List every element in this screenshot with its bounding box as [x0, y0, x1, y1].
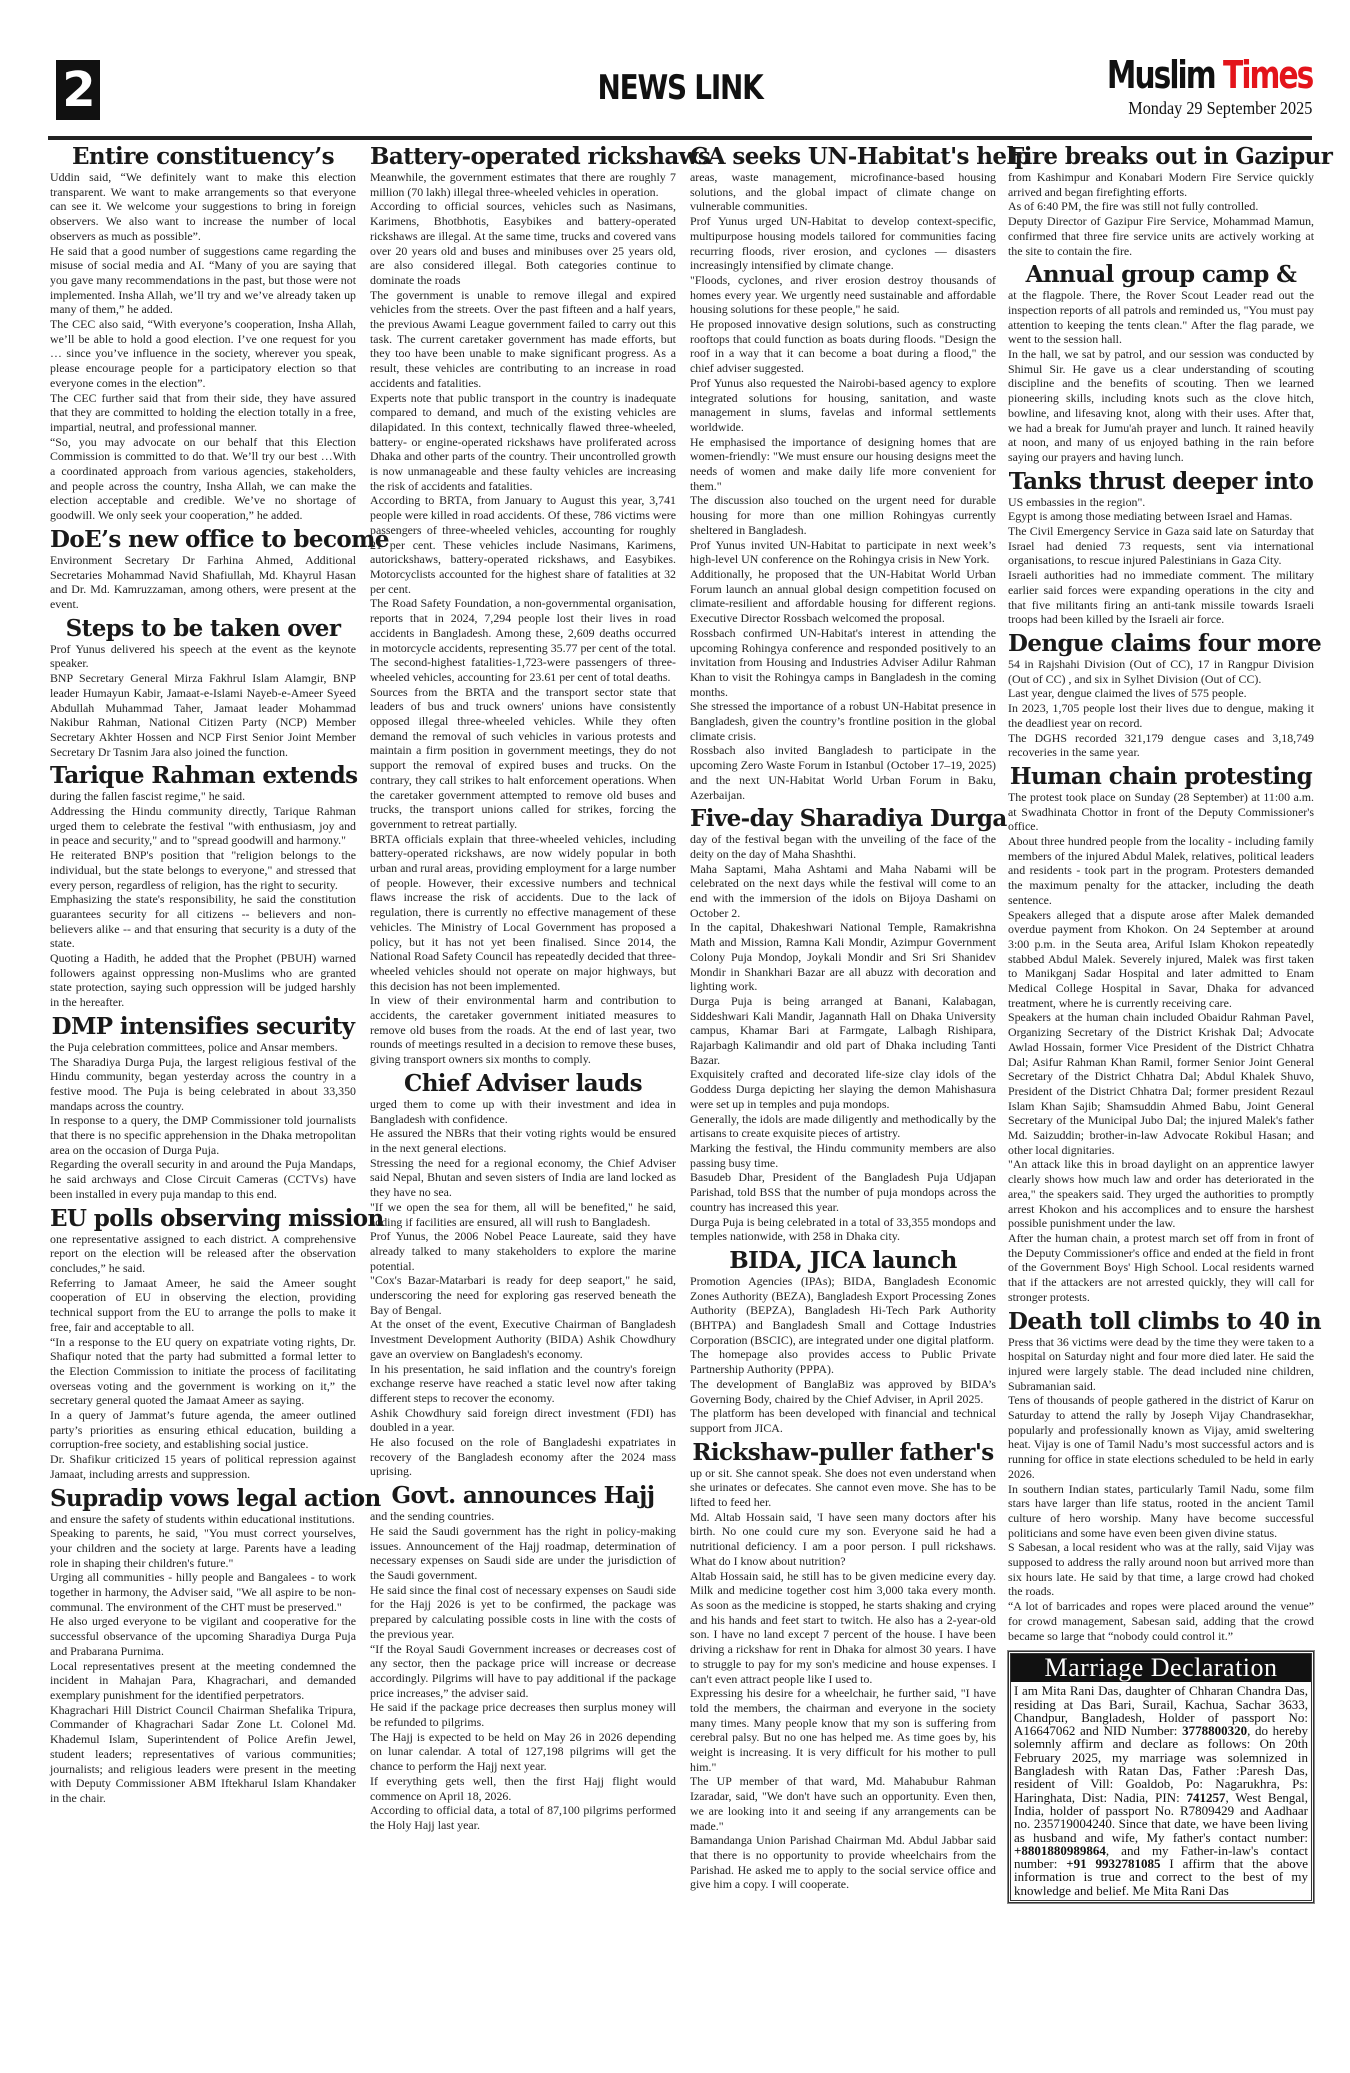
story-paragraph: during the fallen fascist regime," he sa…	[50, 789, 356, 804]
story-paragraph: Expressing his desire for a wheelchair, …	[690, 1686, 996, 1774]
story-paragraph: The Road Safety Foundation, a non-govern…	[370, 596, 676, 684]
story-headline: EU polls observing mission	[50, 1206, 356, 1232]
marriage-declaration-ad: Marriage Declaration I am Mita Rani Das,…	[1008, 1651, 1314, 1903]
story-paragraph: Quoting a Hadith, he added that the Prop…	[50, 951, 356, 1010]
story-paragraph: If everything gets well, then the first …	[370, 1774, 676, 1803]
story-paragraph: Speaking to parents, he said, "You must …	[50, 1526, 356, 1570]
story-paragraph: Prof Yunus, the 2006 Nobel Peace Laureat…	[370, 1229, 676, 1273]
ad-title: Marriage Declaration	[1011, 1654, 1311, 1682]
story-paragraph: the Puja celebration committees, police …	[50, 1040, 356, 1055]
news-story: Five-day Sharadiya Durgaday of the festi…	[690, 806, 996, 1244]
news-story: Entire constituency’s Uddin said, “We de…	[50, 144, 356, 523]
story-headline: Annual group camp &	[1008, 262, 1314, 288]
story-paragraph: In his presentation, he said inflation a…	[370, 1362, 676, 1406]
story-headline: Battery-operated rickshaws	[370, 144, 676, 170]
story-paragraph: The CEC further said that from their sid…	[50, 391, 356, 435]
brand-name-part1: Muslim	[1107, 53, 1215, 97]
column-2: Battery-operated rickshaws Meanwhile, th…	[370, 140, 676, 2060]
news-story: Death toll climbs to 40 inPress that 36 …	[1008, 1309, 1314, 1644]
story-headline: Govt. announces Hajj	[370, 1483, 676, 1509]
story-paragraph: "Floods, cyclones, and river erosion des…	[690, 273, 996, 317]
news-story: Human chain protestingThe protest took p…	[1008, 764, 1314, 1305]
issue-date: Monday 29 September 2025	[1075, 98, 1312, 119]
story-paragraph: Basudeb Dhar, President of the Banglades…	[690, 1170, 996, 1214]
section-title: NEWS LINK	[162, 68, 1198, 108]
story-headline: Dengue claims four more	[1008, 631, 1314, 657]
story-paragraph: According to official sources, vehicles …	[370, 199, 676, 287]
story-paragraph: Deputy Director of Gazipur Fire Service,…	[1008, 214, 1314, 258]
story-paragraph: Environment Secretary Dr Farhina Ahmed, …	[50, 553, 356, 612]
column-1: Entire constituency’s Uddin said, “We de…	[50, 140, 356, 2060]
story-paragraph: one representative assigned to each dist…	[50, 1232, 356, 1276]
story-paragraph: BRTA officials explain that three-wheele…	[370, 832, 676, 994]
story-paragraph: The platform has been developed with fin…	[690, 1406, 996, 1435]
story-paragraph: at the flagpole. There, the Rover Scout …	[1008, 288, 1314, 347]
story-paragraph: Meanwhile, the government estimates that…	[370, 170, 676, 199]
story-paragraph: “In a response to the EU query on expatr…	[50, 1335, 356, 1409]
story-paragraph: urged them to come up with their investm…	[370, 1097, 676, 1126]
story-headline: Entire constituency’s	[50, 144, 356, 170]
story-paragraph: Tens of thousands of people gathered in …	[1008, 1393, 1314, 1481]
news-story: CA seeks UN-Habitat's help areas, waste …	[690, 144, 996, 802]
story-paragraph: She stressed the importance of a robust …	[690, 699, 996, 743]
story-paragraph: Prof Yunus also requested the Nairobi-ba…	[690, 376, 996, 435]
story-paragraph: Md. Altab Hossain said, 'I have seen man…	[690, 1510, 996, 1569]
story-paragraph: He also focused on the role of Banglades…	[370, 1435, 676, 1479]
story-paragraph: day of the festival began with the unvei…	[690, 832, 996, 861]
page-number: 2	[56, 60, 100, 120]
story-headline: BIDA, JICA launch	[690, 1248, 996, 1274]
story-paragraph: He said if the package price decreases t…	[370, 1700, 676, 1729]
story-paragraph: The government is unable to remove illeg…	[370, 288, 676, 391]
masthead: 2 NEWS LINK Muslim Times Monday 29 Septe…	[48, 50, 1312, 130]
story-paragraph: "Cox's Bazar-Matarbari is ready for deep…	[370, 1273, 676, 1317]
story-paragraph: BNP Secretary General Mirza Fakhrul Isla…	[50, 671, 356, 759]
story-headline: Death toll climbs to 40 in	[1008, 1309, 1314, 1335]
story-paragraph: Urging all communities - hilly people an…	[50, 1570, 356, 1614]
story-headline: DMP intensifies security	[50, 1014, 356, 1040]
story-paragraph: Last year, dengue claimed the lives of 5…	[1008, 686, 1314, 701]
story-paragraph: The Sharadiya Durga Puja, the largest re…	[50, 1055, 356, 1114]
story-paragraph: US embassies in the region".	[1008, 495, 1314, 510]
story-paragraph: The development of BanglaBiz was approve…	[690, 1377, 996, 1406]
story-paragraph: Durga Puja is being arranged at Banani, …	[690, 994, 996, 1068]
story-paragraph: In 2023, 1,705 people lost their lives d…	[1008, 701, 1314, 730]
story-paragraph: About three hundred people from the loca…	[1008, 834, 1314, 908]
story-paragraph: Marking the festival, the Hindu communit…	[690, 1141, 996, 1170]
story-paragraph: The Civil Emergency Service in Gaza said…	[1008, 524, 1314, 568]
story-paragraph: Rossbach confirmed UN-Habitat's interest…	[690, 626, 996, 700]
story-paragraph: Stressing the need for a regional econom…	[370, 1156, 676, 1200]
story-paragraph: He said that a good number of suggestion…	[50, 244, 356, 318]
story-paragraph: The discussion also touched on the urgen…	[690, 493, 996, 537]
story-paragraph: Referring to Jamaat Ameer, he said the A…	[50, 1276, 356, 1335]
news-story: Tarique Rahman extends during the fallen…	[50, 763, 356, 1010]
story-paragraph: Maha Saptami, Maha Ashtami and Maha Naba…	[690, 862, 996, 921]
story-paragraph: Khagrachari Hill District Council Chairm…	[50, 1703, 356, 1806]
brand-name-part2: Times	[1223, 53, 1312, 97]
story-paragraph: Altab Hossain said, he still has to be g…	[690, 1569, 996, 1687]
news-story: Tanks thrust deeper intoUS embassies in …	[1008, 469, 1314, 627]
story-paragraph: He said the Saudi government has the rig…	[370, 1524, 676, 1583]
story-paragraph: “If the Royal Saudi Government increases…	[370, 1642, 676, 1701]
story-paragraph: Generally, the idols are made diligently…	[690, 1112, 996, 1141]
story-paragraph: He emphasised the importance of designin…	[690, 435, 996, 494]
story-paragraph: and the sending countries.	[370, 1509, 676, 1524]
story-paragraph: Rossbach also invited Bangladesh to part…	[690, 743, 996, 802]
ad-body: I am Mita Rani Das, daughter of Chharan …	[1011, 1682, 1311, 1900]
story-paragraph: In view of their environmental harm and …	[370, 993, 676, 1067]
story-headline: Rickshaw-puller father's	[690, 1440, 996, 1466]
column-4: Fire breaks out in Gazipur from Kashimpu…	[1008, 140, 1314, 2060]
story-paragraph: Prof Yunus invited UN-Habitat to partici…	[690, 538, 996, 567]
column-3: CA seeks UN-Habitat's help areas, waste …	[690, 140, 996, 2060]
story-headline: Steps to be taken over	[50, 616, 356, 642]
story-paragraph: S Sabesan, a local resident who was at t…	[1008, 1540, 1314, 1599]
story-paragraph: Press that 36 victims were dead by the t…	[1008, 1335, 1314, 1394]
story-paragraph: Addressing the Hindu community directly,…	[50, 804, 356, 848]
story-paragraph: He reiterated BNP's position that "relig…	[50, 848, 356, 892]
news-story: Steps to be taken over Prof Yunus delive…	[50, 616, 356, 760]
story-paragraph: Sources from the BRTA and the transport …	[370, 685, 676, 832]
story-paragraph: 54 in Rajshahi Division (Out of CC), 17 …	[1008, 657, 1314, 686]
story-paragraph: At the onset of the event, Executive Cha…	[370, 1317, 676, 1361]
story-paragraph: Experts note that public transport in th…	[370, 391, 676, 494]
news-story: EU polls observing missionone representa…	[50, 1206, 356, 1482]
story-paragraph: As of 6:40 PM, the fire was still not fu…	[1008, 199, 1314, 214]
story-paragraph: He said since the final cost of necessar…	[370, 1583, 676, 1642]
news-story: Govt. announces Hajjand the sending coun…	[370, 1483, 676, 1832]
story-paragraph: Dr. Shafikur criticized 15 years of poli…	[50, 1452, 356, 1481]
story-paragraph: The CEC also said, “With everyone’s coop…	[50, 317, 356, 391]
story-paragraph: Promotion Agencies (IPAs); BIDA, Banglad…	[690, 1274, 996, 1348]
news-story: Fire breaks out in Gazipur from Kashimpu…	[1008, 144, 1314, 258]
story-paragraph: Prof Yunus delivered his speech at the e…	[50, 642, 356, 671]
news-columns: Entire constituency’s Uddin said, “We de…	[50, 140, 1312, 2060]
story-paragraph: The Hajj is expected to be held on May 2…	[370, 1730, 676, 1774]
story-paragraph: “So, you may advocate on our behalf that…	[50, 435, 356, 523]
story-paragraph: The DGHS recorded 321,179 dengue cases a…	[1008, 731, 1314, 760]
story-headline: Tanks thrust deeper into	[1008, 469, 1314, 495]
story-paragraph: Exquisitely crafted and decorated life-s…	[690, 1067, 996, 1111]
story-paragraph: According to BRTA, from January to Augus…	[370, 493, 676, 596]
news-story: DoE’s new office to becomeEnvironment Se…	[50, 527, 356, 612]
story-paragraph: He assured the NBRs that their voting ri…	[370, 1126, 676, 1155]
story-paragraph: According to official data, a total of 8…	[370, 1803, 676, 1832]
story-paragraph: In a query of Jammat’s future agenda, th…	[50, 1408, 356, 1452]
story-headline: Human chain protesting	[1008, 764, 1314, 790]
story-headline: Chief Adviser lauds	[370, 1071, 676, 1097]
news-story: Chief Adviser laudsurged them to come up…	[370, 1071, 676, 1479]
story-paragraph: The UP member of that ward, Md. Mahabubu…	[690, 1774, 996, 1833]
story-headline: DoE’s new office to become	[50, 527, 356, 553]
story-paragraph: He proposed innovative design solutions,…	[690, 317, 996, 376]
story-paragraph: “A lot of barricades and ropes were plac…	[1008, 1599, 1314, 1643]
story-headline: CA seeks UN-Habitat's help	[690, 144, 996, 170]
story-paragraph: Emphasizing the state's responsibility, …	[50, 892, 356, 951]
story-headline: Fire breaks out in Gazipur	[1008, 144, 1314, 170]
story-headline: Five-day Sharadiya Durga	[690, 806, 996, 832]
story-paragraph: Local representatives present at the mee…	[50, 1659, 356, 1703]
ad-slot: Marriage Declaration I am Mita Rani Das,…	[1008, 1651, 1314, 1903]
story-paragraph: Ashik Chowdhury said foreign direct inve…	[370, 1406, 676, 1435]
story-headline: Tarique Rahman extends	[50, 763, 356, 789]
news-story: DMP intensifies securitythe Puja celebra…	[50, 1014, 356, 1202]
story-paragraph: Egypt is among those mediating between I…	[1008, 509, 1314, 524]
story-paragraph: In response to a query, the DMP Commissi…	[50, 1113, 356, 1157]
story-paragraph: In southern Indian states, particularly …	[1008, 1482, 1314, 1541]
story-paragraph: He also urged everyone to be vigilant an…	[50, 1614, 356, 1658]
story-paragraph: Durga Puja is being celebrated in a tota…	[690, 1215, 996, 1244]
news-story: BIDA, JICA launch Promotion Agencies (IP…	[690, 1248, 996, 1436]
story-paragraph: up or sit. She cannot speak. She does no…	[690, 1466, 996, 1510]
story-paragraph: areas, waste management, microfinance-ba…	[690, 170, 996, 214]
story-paragraph: Regarding the overall security in and ar…	[50, 1157, 356, 1201]
story-paragraph: Speakers at the human chain included Oba…	[1008, 1010, 1314, 1157]
story-paragraph: Uddin said, “We definitely want to make …	[50, 170, 356, 244]
story-paragraph: In the hall, we sat by patrol, and our s…	[1008, 347, 1314, 465]
brand-logo: Muslim Times	[1107, 54, 1312, 96]
news-story: Supradip vows legal actionand ensure the…	[50, 1486, 356, 1806]
story-paragraph: In the capital, Dhakeshwari National Tem…	[690, 920, 996, 994]
story-paragraph: and ensure the safety of students within…	[50, 1512, 356, 1527]
news-story: Rickshaw-puller father'sup or sit. She c…	[690, 1440, 996, 1892]
story-paragraph: from Kashimpur and Konabari Modern Fire …	[1008, 170, 1314, 199]
story-headline: Supradip vows legal action	[50, 1486, 356, 1512]
news-story: Dengue claims four more 54 in Rajshahi D…	[1008, 631, 1314, 760]
news-story: Battery-operated rickshaws Meanwhile, th…	[370, 144, 676, 1067]
story-paragraph: The protest took place on Sunday (28 Sep…	[1008, 790, 1314, 834]
story-paragraph: Bamandanga Union Parishad Chairman Md. A…	[690, 1833, 996, 1892]
story-paragraph: The homepage also provides access to Pub…	[690, 1347, 996, 1376]
newspaper-brand: Muslim Times Monday 29 September 2025	[1049, 54, 1312, 119]
story-paragraph: After the human chain, a protest march s…	[1008, 1231, 1314, 1305]
story-paragraph: Additionally, he proposed that the UN-Ha…	[690, 567, 996, 626]
news-story: Annual group camp &at the flagpole. Ther…	[1008, 262, 1314, 464]
story-paragraph: "If we open the sea for them, all will b…	[370, 1200, 676, 1229]
story-paragraph: Speakers alleged that a dispute arose af…	[1008, 908, 1314, 1011]
story-paragraph: "An attack like this in broad daylight o…	[1008, 1157, 1314, 1231]
story-paragraph: Prof Yunus urged UN-Habitat to develop c…	[690, 214, 996, 273]
story-paragraph: Israeli authorities had no immediate com…	[1008, 568, 1314, 627]
